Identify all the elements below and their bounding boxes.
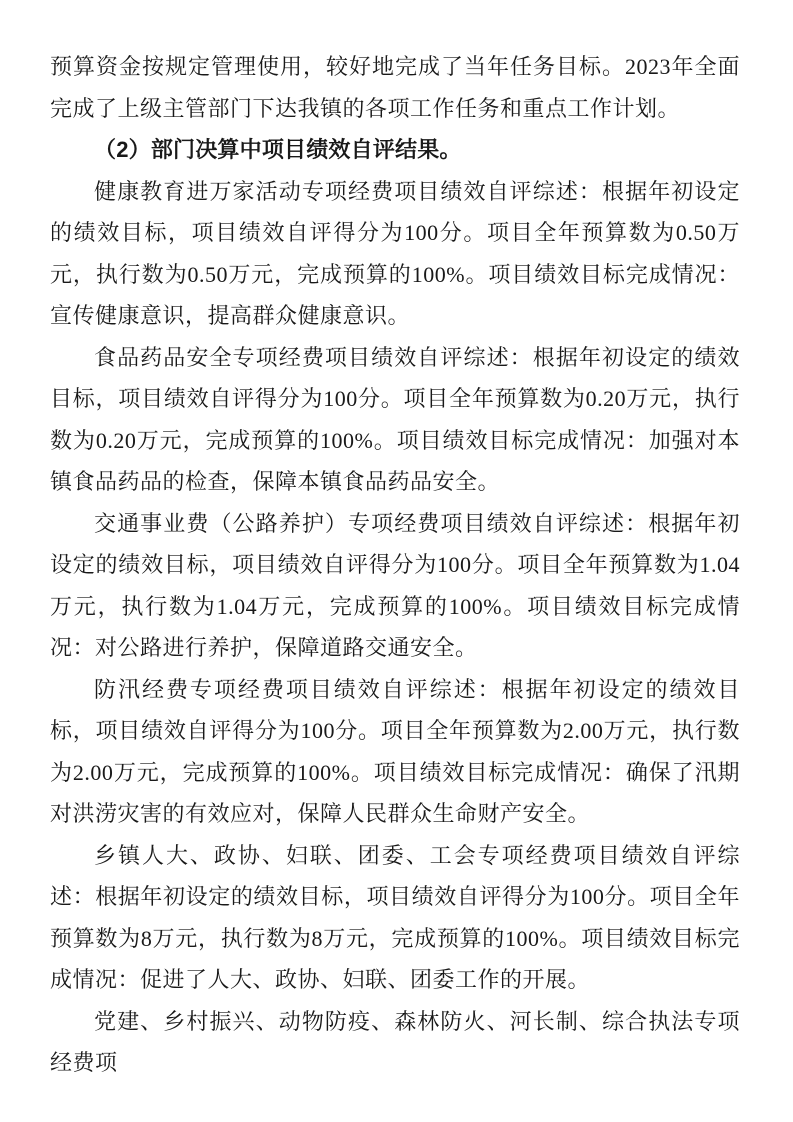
- paragraph: 乡镇人大、政协、妇联、团委、工会专项经费项目绩效自评综述：根据年初设定的绩效目标…: [50, 835, 740, 1001]
- document-content: 预算资金按规定管理使用，较好地完成了当年任务目标。2023年全面完成了上级主管部…: [0, 0, 793, 1084]
- paragraph: 党建、乡村振兴、动物防疫、森林防火、河长制、综合执法专项经费项: [50, 1001, 740, 1084]
- section-heading: （2）部门决算中项目绩效自评结果。: [50, 129, 740, 171]
- paragraph: 健康教育进万家活动专项经费项目绩效自评综述：根据年初设定的绩效目标，项目绩效自评…: [50, 171, 740, 337]
- document-page: 预算资金按规定管理使用，较好地完成了当年任务目标。2023年全面完成了上级主管部…: [0, 0, 793, 1122]
- paragraph: 交通事业费（公路养护）专项经费项目绩效自评综述：根据年初设定的绩效目标，项目绩效…: [50, 503, 740, 669]
- paragraph: 预算资金按规定管理使用，较好地完成了当年任务目标。2023年全面完成了上级主管部…: [50, 46, 740, 129]
- paragraph: 食品药品安全专项经费项目绩效自评综述：根据年初设定的绩效目标，项目绩效自评得分为…: [50, 337, 740, 503]
- paragraph: 防汛经费专项经费项目绩效自评综述：根据年初设定的绩效目标，项目绩效自评得分为10…: [50, 669, 740, 835]
